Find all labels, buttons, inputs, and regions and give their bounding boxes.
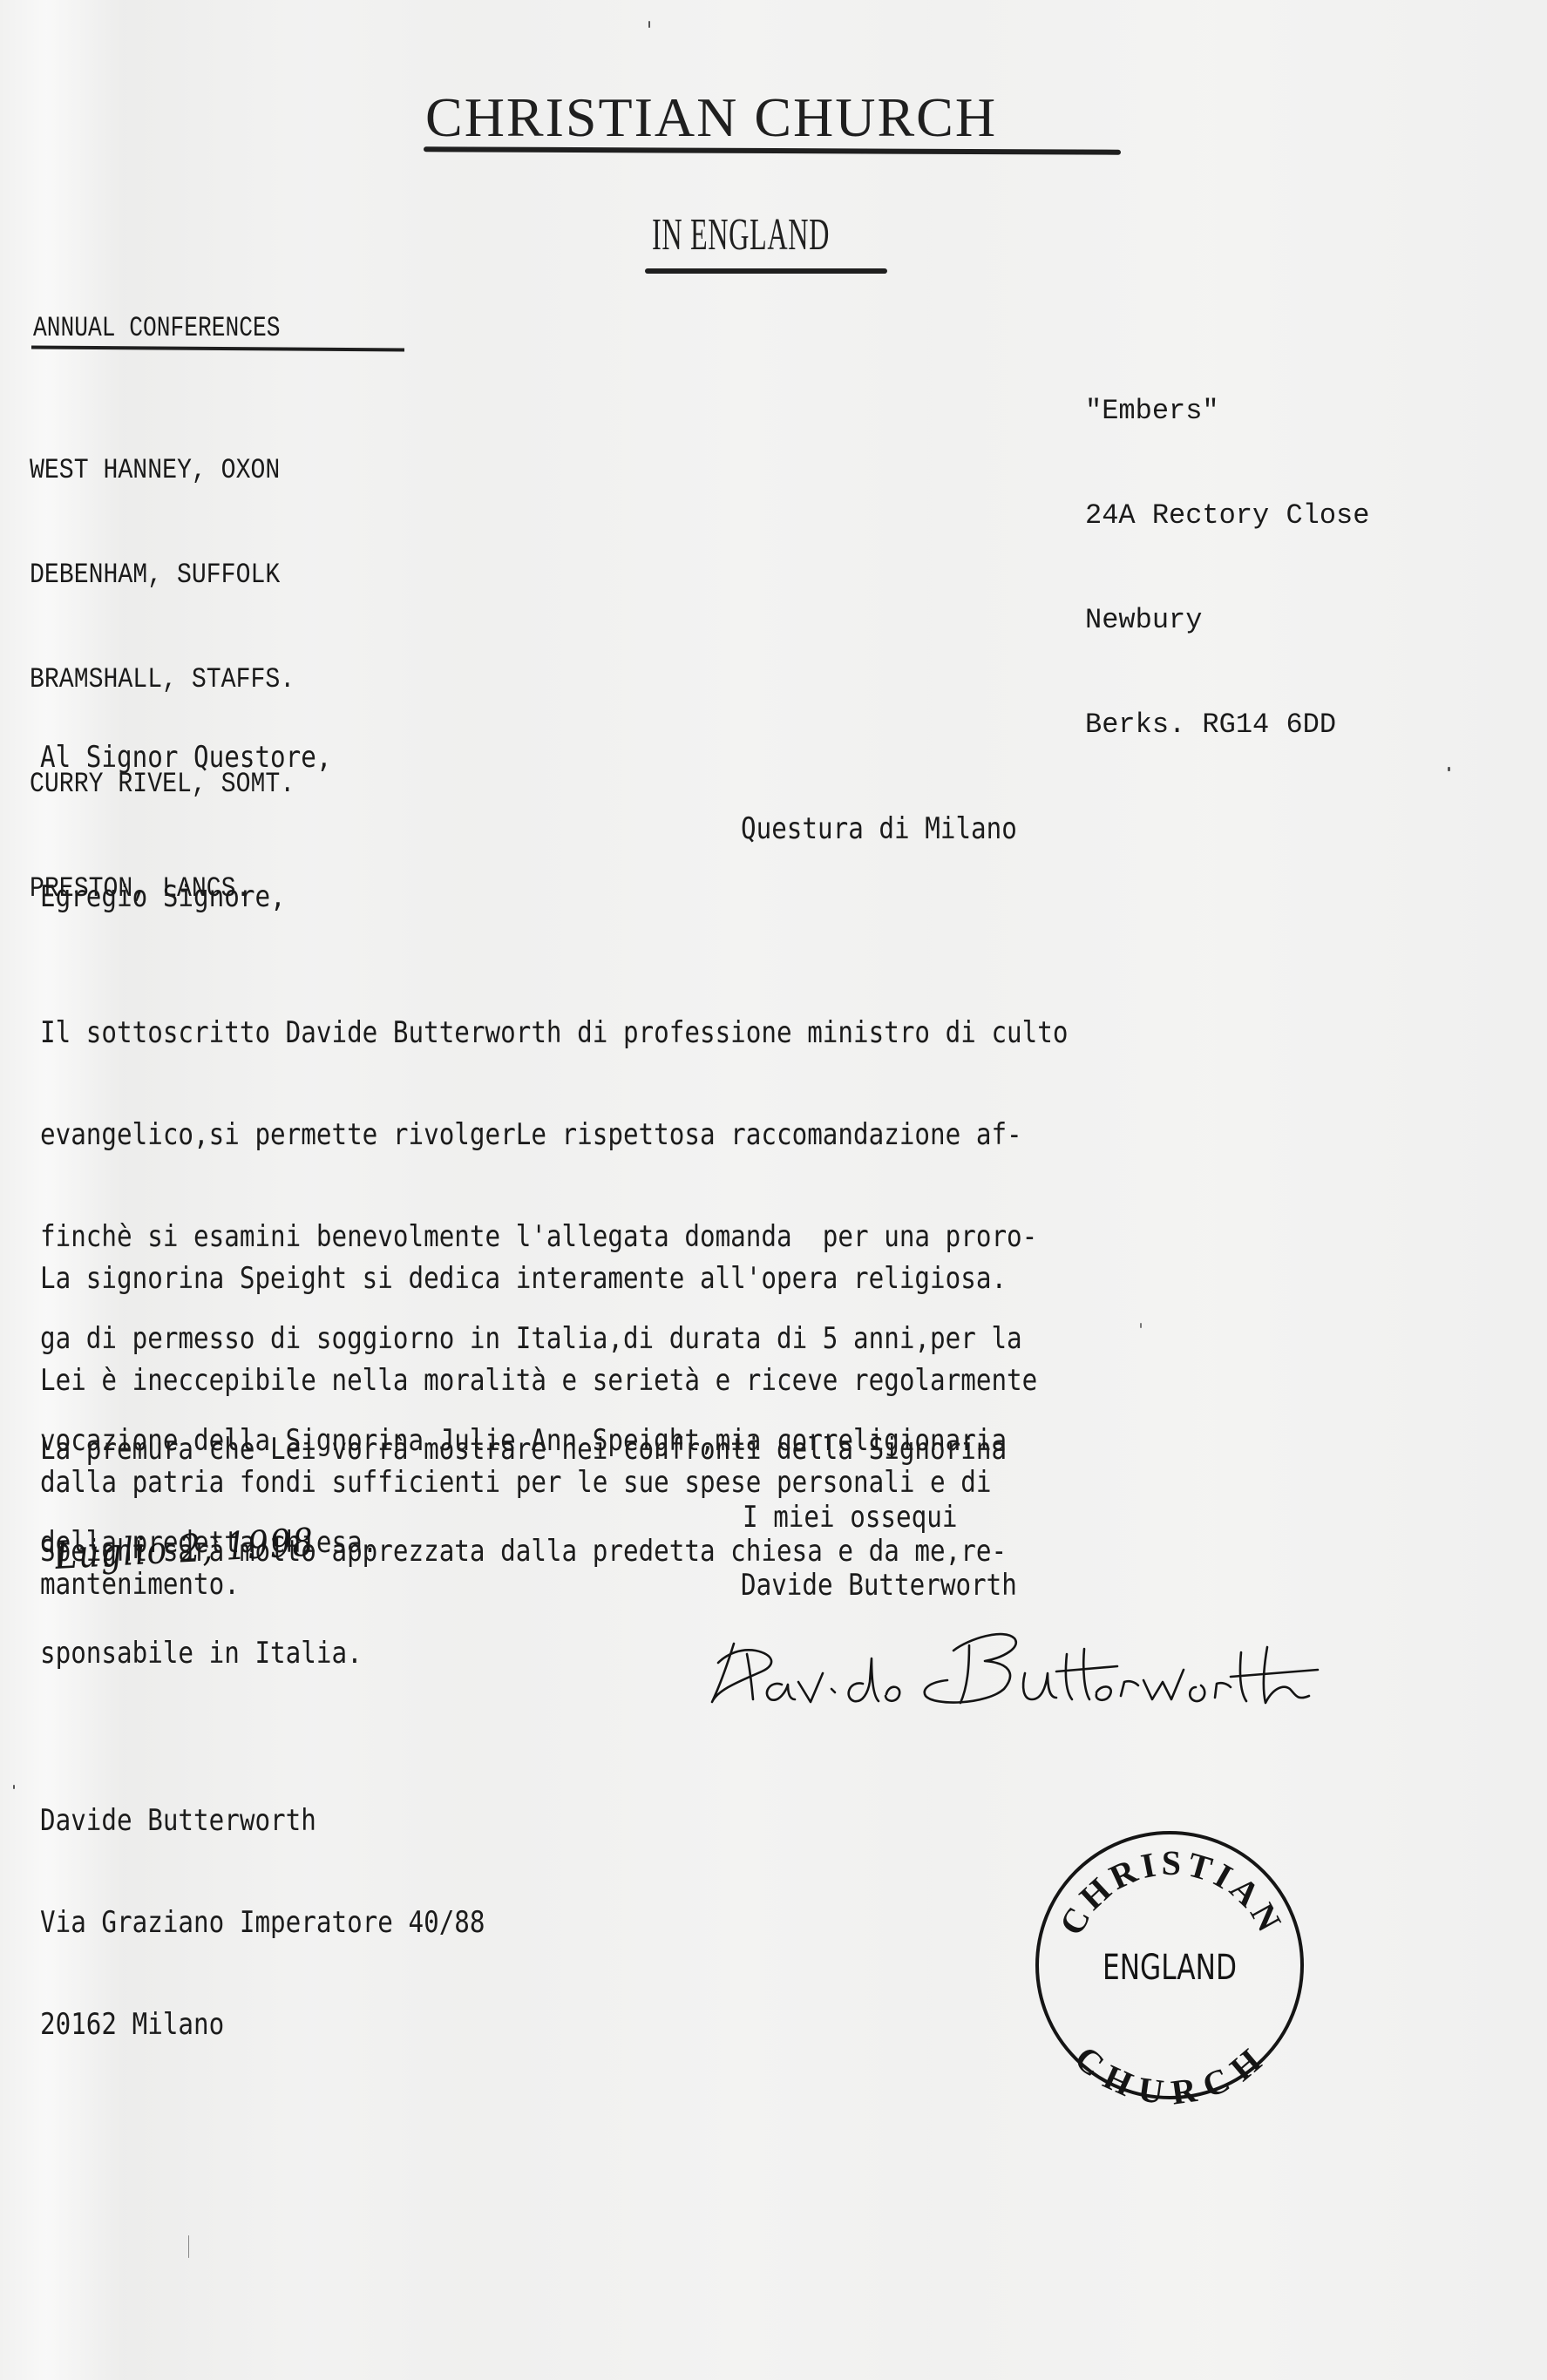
- paragraph-line: La signorina Speight si dedica interamen…: [40, 1262, 1037, 1296]
- stamp-top-text: CHRISTIAN: [1051, 1843, 1291, 1942]
- signer-typed-name: Davide Butterworth: [741, 1569, 1017, 1603]
- church-stamp: CHRISTIAN ENGLAND CHURCH: [1020, 1817, 1320, 2113]
- paragraph-line: evangelico,si permette rivolgerLe rispet…: [40, 1118, 1068, 1152]
- conferences-heading: ANNUAL CONFERENCES: [33, 312, 280, 344]
- paragraph-line: Il sottoscritto Davide Butterworth di pr…: [40, 1016, 1068, 1050]
- svg-text:CHURCH: CHURCH: [1068, 2038, 1272, 2112]
- recipient-office: Questura di Milano: [741, 812, 1017, 846]
- conferences-heading-underline: [31, 346, 404, 352]
- scan-speck: [1448, 767, 1450, 771]
- letterhead-subtitle: IN ENGLAND: [652, 209, 830, 261]
- greeting: Egregio Signore,: [40, 880, 286, 914]
- letterhead-title-underline: [424, 146, 1121, 154]
- letterhead-title: CHRISTIAN CHURCH: [425, 85, 997, 150]
- conference-location: WEST HANNEY, OXON: [30, 453, 295, 488]
- conference-location: DEBENHAM, SUFFOLK: [30, 558, 295, 593]
- scan-speck: [1140, 1323, 1142, 1328]
- address-line: 24A Rectory Close: [1085, 498, 1369, 533]
- address-line: "Embers": [1085, 394, 1369, 429]
- conferences-list: WEST HANNEY, OXON DEBENHAM, SUFFOLK BRAM…: [30, 383, 295, 941]
- paragraph-line: La premura che Lei vorrà mostrare nei co…: [40, 1433, 1007, 1467]
- address-line: Berks. RG14 6DD: [1085, 708, 1369, 742]
- stamp-center-text: ENGLAND: [1103, 1948, 1237, 1988]
- footer-address-line: Davide Butterworth: [40, 1804, 485, 1838]
- salutation-recipient: Al Signor Questore,: [40, 741, 331, 775]
- handwritten-signature: [708, 1619, 1388, 1715]
- footer-address-line: Via Graziano Imperatore 40/88: [40, 1906, 485, 1940]
- letterhead-subtitle-underline: [645, 268, 887, 274]
- stamp-bottom-text: CHURCH: [1068, 2038, 1272, 2112]
- scan-speck: [188, 2235, 189, 2258]
- svg-text:CHRISTIAN: CHRISTIAN: [1051, 1843, 1291, 1942]
- footer-address-line: 20162 Milano: [40, 2008, 485, 2042]
- conference-location: BRAMSHALL, STAFFS.: [30, 662, 295, 697]
- footer-address: Davide Butterworth Via Graziano Imperato…: [40, 1736, 485, 2076]
- sender-address: "Embers" 24A Rectory Close Newbury Berks…: [1085, 324, 1369, 777]
- closing: I miei ossequi: [743, 1501, 957, 1535]
- scan-speck: [648, 21, 650, 28]
- scan-speck: [13, 1785, 15, 1789]
- address-line: Newbury: [1085, 603, 1369, 638]
